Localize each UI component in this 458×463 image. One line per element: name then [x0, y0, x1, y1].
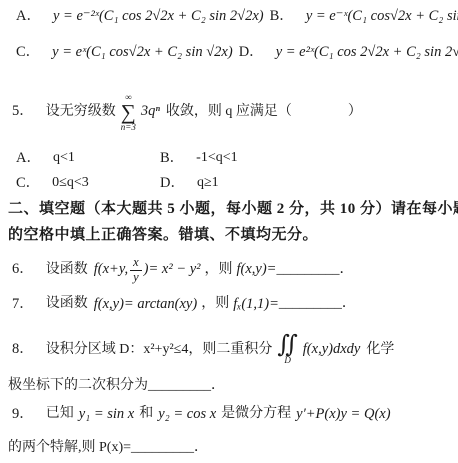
option-a-label: A．: [16, 8, 41, 25]
q9-mid2-text: 是微分方程: [221, 406, 291, 423]
double-integral-icon: ∬: [277, 335, 297, 357]
q6-end-punct: ．: [339, 262, 353, 279]
section2-header-line1: 二、填空题（本大题共 5 小题，每小题 2 分，共 10 分）请在每小题: [8, 200, 458, 218]
q5-option-c-label: C．: [16, 175, 40, 192]
question-9-line2: 的两个特解,则 P(x)= _________ ．: [8, 440, 208, 457]
sigma-icon: ∑: [121, 102, 136, 123]
q9-solution1: y₁ = sin x: [79, 406, 135, 423]
option-d-label: D．: [239, 44, 264, 61]
question-8-line2: 极坐标下的二次积分为 _________ ．: [8, 378, 225, 395]
q5-option-d-value: q≥1: [197, 175, 219, 192]
q9-solution2: y₂ = cos x: [158, 406, 216, 423]
q6-intro-text: 设函数: [46, 262, 88, 279]
q9-differential-equation: y′+P(x)y = Q(x): [296, 406, 390, 423]
q7-intro-text: 设函数: [46, 296, 88, 313]
q7-end-punct: ．: [342, 296, 356, 313]
q5-option-b-label: B．: [160, 150, 184, 167]
q8-number: 8．: [12, 341, 34, 358]
q7-middle-text: ，则: [201, 296, 229, 313]
question-5-stem: 5． 设无穷级数 ∞ ∑ n=3 3qⁿ 收敛，则 q 应满足（ ）: [12, 86, 362, 138]
q8-intro-text: 设积分区域 D：x²+y²≤4，则二重积分: [46, 342, 273, 359]
option-a-formula: y = e⁻²ˣ(C₁ cos 2√2x + C₂ sin 2√2x): [53, 8, 264, 25]
q5-option-b-value: -1<q<1: [196, 150, 237, 167]
q6-middle-text: ，则: [205, 262, 233, 279]
q8-integrand: f(x,y)dxdy: [303, 341, 361, 358]
option-c-label: C．: [16, 44, 40, 61]
q5-option-d-label: D．: [160, 175, 185, 192]
question-6: 6． 设函数 f(x+y, x y )= x² − y² ，则 f(x,y)= …: [12, 252, 353, 288]
q9-mid1-text: 和: [139, 406, 153, 423]
option-c-formula: y = eˣ(C₁ cos√2x + C₂ sin √2x): [52, 44, 233, 61]
q5-intro-text: 设无穷级数: [46, 104, 116, 121]
fraction-denominator: y: [130, 270, 142, 284]
q6-formula-before-fraction: f(x+y,: [94, 261, 128, 278]
q7-result-expression: fₓ(1,1)=: [233, 296, 279, 313]
double-integral-symbol: ∬ D: [277, 335, 297, 365]
option-b-label: B．: [270, 8, 294, 25]
option-b-formula: y = e⁻ˣ(C₁ cos√2x + C₂ sin √2x): [306, 8, 458, 25]
question-7: 7． 设函数 f(x,y)= arctan(xy) ，则 fₓ(1,1)= __…: [12, 296, 356, 313]
q5-series-term: 3qⁿ: [141, 103, 160, 120]
q6-formula-after-fraction: )= x² − y²: [144, 261, 201, 278]
question-9: 9． 已知 y₁ = sin x 和 y₂ = cos x 是微分方程 y′+P…: [12, 406, 391, 423]
q4-options-row-cd: C． y = eˣ(C₁ cos√2x + C₂ sin √2x) D． y =…: [16, 44, 458, 61]
q5-options-row-ab: A． q<1 B． -1<q<1: [16, 150, 238, 167]
q7-number: 7．: [12, 296, 34, 313]
sum-lower-limit: n=3: [121, 123, 136, 132]
q4-options-row-ab: A． y = e⁻²ˣ(C₁ cos 2√2x + C₂ sin 2√2x) B…: [16, 8, 458, 25]
q6-number: 6．: [12, 261, 34, 278]
q5-option-c-value: 0≤q<3: [52, 175, 89, 192]
q5-option-a-label: A．: [16, 150, 41, 167]
q9-intro-text: 已知: [46, 406, 74, 423]
q9-line2-text: 的两个特解,则 P(x)=: [8, 440, 131, 457]
option-d-formula: y = e²ˣ(C₁ cos 2√2x + C₂ sin 2√2x): [276, 44, 458, 61]
q9-answer-blank: _________: [131, 440, 194, 457]
q6-answer-blank: _________: [276, 262, 339, 279]
q5-option-a-value: q<1: [53, 150, 75, 167]
q6-fraction: x y: [130, 256, 142, 283]
summation-symbol: ∞ ∑ n=3: [121, 93, 136, 132]
q8-end-punct: ．: [211, 378, 225, 395]
fraction-numerator: x: [133, 256, 139, 269]
q8-outro-text: 化学: [366, 342, 394, 359]
q8-line2-text: 极坐标下的二次积分为: [8, 378, 148, 395]
q5-number: 5．: [12, 103, 34, 120]
section2-header-line2: 的空格中填上正确答案。错填、不填均无分。: [8, 226, 318, 244]
q5-outro-text: 收敛，则 q 应满足（ ）: [166, 104, 362, 121]
q7-formula: f(x,y)= arctan(xy): [94, 296, 197, 313]
q9-number: 9．: [12, 406, 34, 423]
exam-page: A． y = e⁻²ˣ(C₁ cos 2√2x + C₂ sin 2√2x) B…: [0, 0, 458, 463]
q8-answer-blank: _________: [148, 378, 211, 395]
integral-domain-label: D: [284, 356, 291, 365]
q5-options-row-cd: C． 0≤q<3 D． q≥1: [16, 175, 219, 192]
question-8: 8． 设积分区域 D：x²+y²≤4，则二重积分 ∬ D f(x,y)dxdy …: [12, 330, 394, 370]
q6-result-expression: f(x,y)=: [237, 261, 277, 278]
q9-end-punct: ．: [194, 440, 208, 457]
q7-answer-blank: _________: [279, 296, 342, 313]
